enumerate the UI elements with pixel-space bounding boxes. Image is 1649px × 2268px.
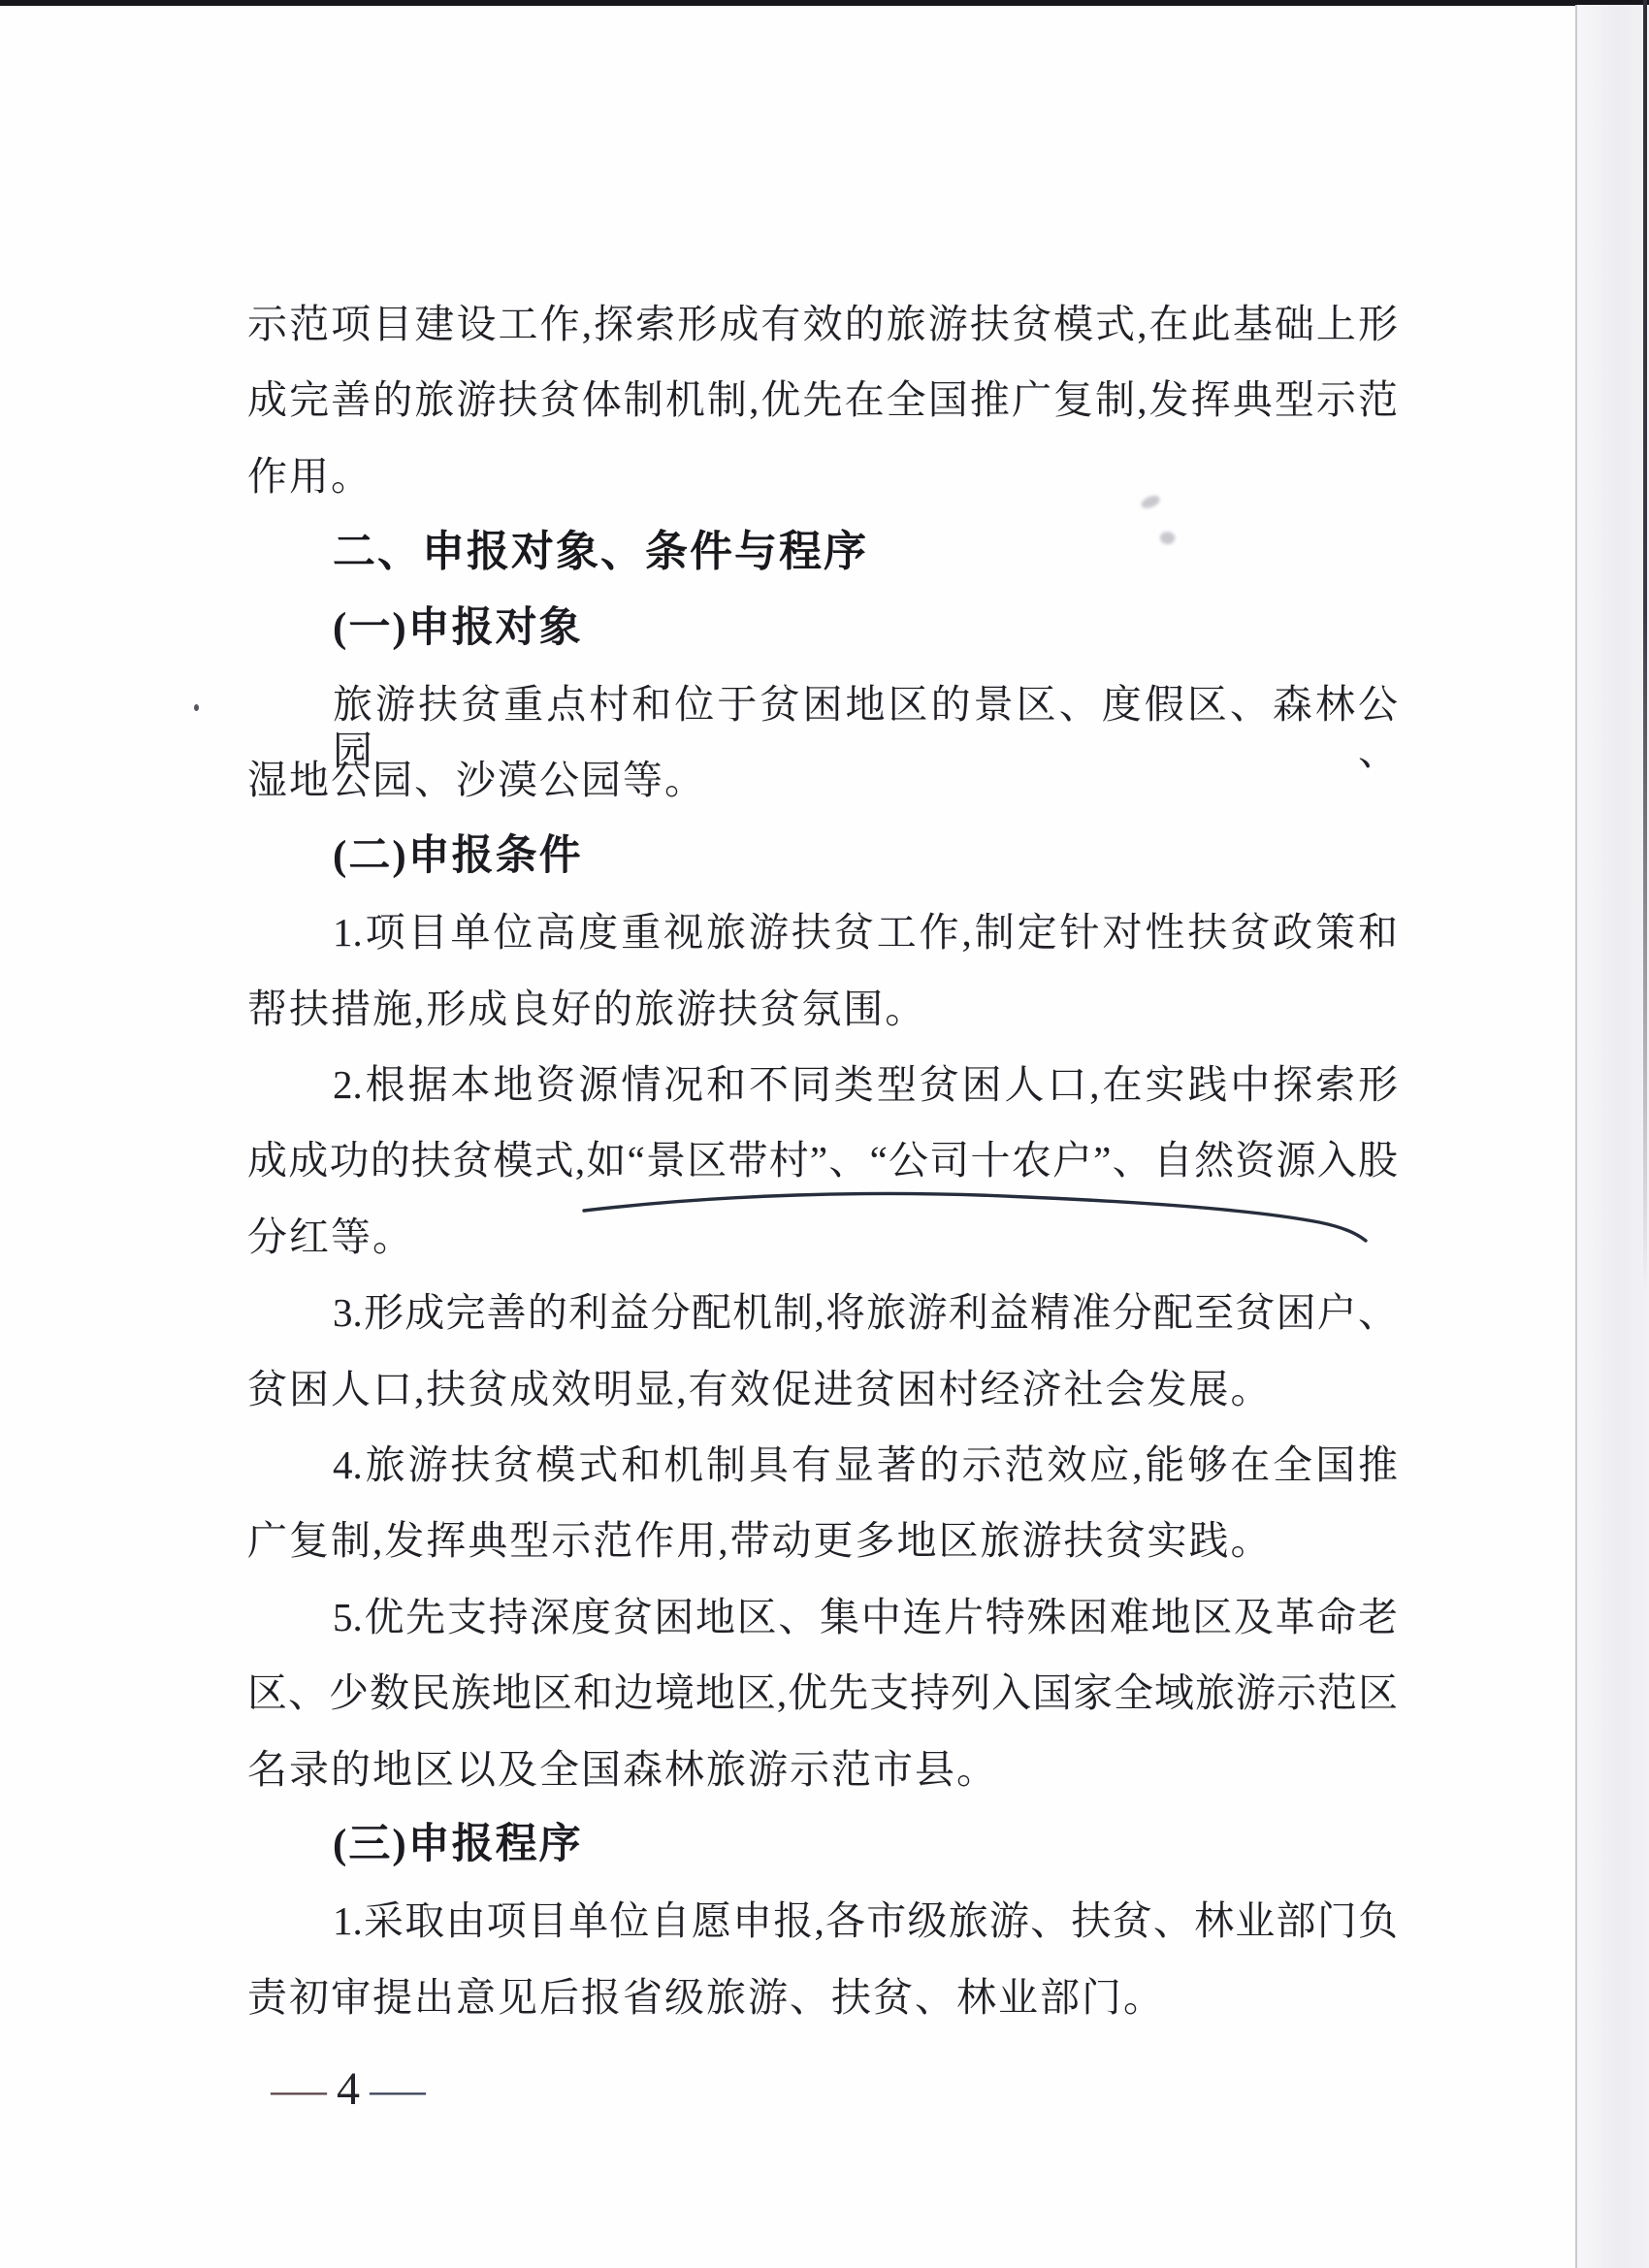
handwritten-underline xyxy=(580,1182,1375,1246)
document-lines: 示范项目建设工作,探索形成有效的旅游扶贫模式,在此基础上形成完善的旅游扶贫体制机… xyxy=(0,0,1649,2268)
footer-left-dash: — xyxy=(271,2067,327,2112)
scanned-page: 示范项目建设工作,探索形成有效的旅游扶贫模式,在此基础上形成完善的旅游扶贫体制机… xyxy=(0,0,1649,2268)
text-line-19: 区、少数民族地区和边境地区,优先支持列入国家全域旅游示范区 xyxy=(247,1669,1398,1718)
text-line-11: 2.根据本地资源情况和不同类型贫困人口,在实践中探索形 xyxy=(333,1061,1398,1110)
footer-right-dash: — xyxy=(370,2067,426,2112)
text-line-7: 湿地公园、沙漠公园等。 xyxy=(247,757,1398,805)
text-line-17: 广复制,发挥典型示范作用,带动更多地区旅游扶贫实践。 xyxy=(247,1517,1398,1566)
text-line-14: 3.形成完善的利益分配机制,将旅游利益精准分配至贫困户、 xyxy=(333,1289,1398,1338)
text-line-8: (二)申报条件 xyxy=(333,833,1398,882)
text-line-23: 责初审提出意见后报省级旅游、扶贫、林业部门。 xyxy=(247,1974,1398,2023)
text-line-12: 成成功的扶贫模式,如“景区带村”、“公司十农户”、自然资源入股 xyxy=(247,1137,1398,1185)
text-line-1: 示范项目建设工作,探索形成有效的旅游扶贫模式,在此基础上形 xyxy=(247,301,1398,349)
text-line-4: 二、申报对象、条件与程序 xyxy=(333,529,1398,577)
text-line-10: 帮扶措施,形成良好的旅游扶贫氛围。 xyxy=(247,986,1398,1034)
text-line-9: 1.项目单位高度重视旅游扶贫工作,制定针对性扶贫政策和 xyxy=(333,909,1398,957)
text-line-18: 5.优先支持深度贫困地区、集中连片特殊困难地区及革命老 xyxy=(333,1594,1398,1642)
text-line-20: 名录的地区以及全国森林旅游示范市县。 xyxy=(247,1746,1398,1795)
text-line-21: (三)申报程序 xyxy=(333,1822,1398,1870)
text-line-6: 旅游扶贫重点村和位于贫困地区的景区、度假区、森林公园、 xyxy=(333,681,1398,729)
text-line-15: 贫困人口,扶贫成效明显,有效促进贫困村经济社会发展。 xyxy=(247,1366,1398,1414)
text-line-5: (一)申报对象 xyxy=(333,605,1398,654)
text-line-16: 4.旅游扶贫模式和机制具有显著的示范效应,能够在全国推 xyxy=(333,1442,1398,1490)
text-line-22: 1.采取由项目单位自愿申报,各市级旅游、扶贫、林业部门负 xyxy=(333,1897,1398,1946)
page-number-footer: — 4 — xyxy=(276,2062,420,2117)
text-line-3: 作用。 xyxy=(247,453,1398,502)
text-line-2: 成完善的旅游扶贫体制机制,优先在全国推广复制,发挥典型示范 xyxy=(247,376,1398,425)
footer-page-number: 4 xyxy=(337,2066,360,2113)
